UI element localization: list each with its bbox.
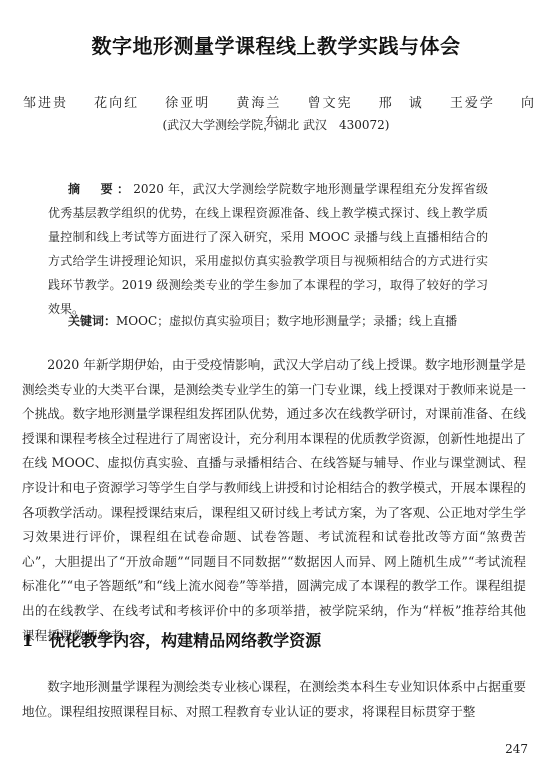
author: 邹进贵 bbox=[23, 96, 68, 111]
abstract-text: 2020 年，武汉大学测绘学院数字地形测量学课程组充分发挥省级优秀基层教学组织的… bbox=[48, 182, 488, 316]
section-title: 优化教学内容，构建精品网络教学资源 bbox=[49, 631, 321, 650]
author: 花向红 bbox=[94, 96, 139, 111]
page-number: 247 bbox=[505, 742, 528, 756]
paper-title: 数字地形测量学课程线上教学实践与体会 bbox=[0, 30, 552, 59]
author: 曾文宪 bbox=[308, 96, 353, 111]
author: 徐亚明 bbox=[165, 96, 210, 111]
section-number: 1 bbox=[22, 631, 33, 650]
section-heading: 1优化教学内容，构建精品网络教学资源 bbox=[22, 628, 321, 651]
intro-paragraph: 2020 年新学期伊始，由于受疫情影响，武汉大学启动了线上授课。数字地形测量学是… bbox=[22, 353, 526, 648]
author: 王爱学 bbox=[450, 96, 495, 111]
affiliation: (武汉大学测绘学院，湖北 武汉 430072) bbox=[0, 116, 552, 133]
keywords-label: 关键词： bbox=[68, 314, 116, 328]
section-paragraph: 数字地形测量学课程为测绘类专业核心课程，在测绘类本科生专业知识体系中占据重要地位… bbox=[22, 675, 526, 724]
keywords: 关键词：MOOC；虚拟仿真实验项目；数字地形测量学；录播；线上直播 bbox=[48, 312, 488, 329]
author: 邢 诚 bbox=[379, 96, 424, 111]
abstract: 摘 要：2020 年，武汉大学测绘学院数字地形测量学课程组充分发挥省级优秀基层教… bbox=[48, 177, 488, 321]
author: 黄海兰 bbox=[236, 96, 281, 111]
keywords-text: MOOC；虚拟仿真实验项目；数字地形测量学；录播；线上直播 bbox=[116, 314, 457, 328]
abstract-label: 摘 要： bbox=[68, 182, 133, 196]
